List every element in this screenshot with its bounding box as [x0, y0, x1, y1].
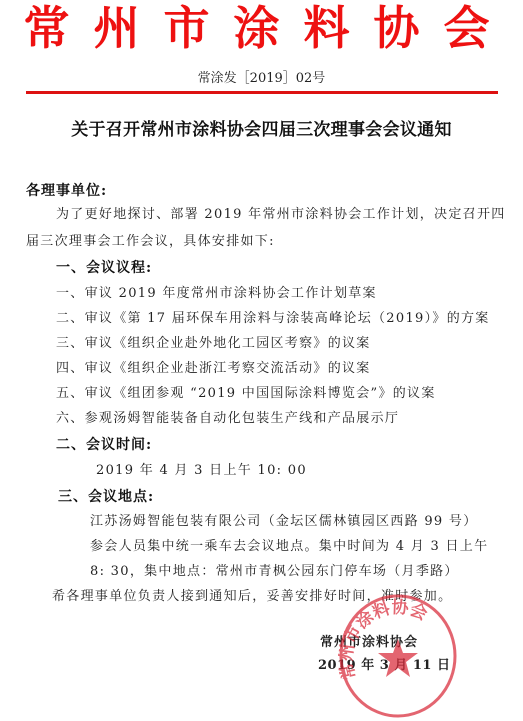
document-number: 常涂发［2019］02号	[0, 70, 523, 88]
agenda-item: 六、参观汤姆智能装备自动化包装生产线和产品展示厅	[56, 410, 399, 428]
agenda-item: 二、审议《第 17 届环保车用涂料与涂装高峰论坛（2019）》的方案	[56, 310, 490, 328]
org-letterhead-title: 常州市涂料协会	[0, 0, 523, 58]
agenda-heading: 一、会议议程:	[56, 258, 152, 278]
meeting-place-line: 江苏汤姆智能包装有限公司（金坛区儒林镇园区西路 99 号）	[90, 513, 478, 531]
meeting-time: 2019 年 4 月 3 日上午 10: 00	[96, 462, 307, 480]
notice-title: 关于召开常州市涂料协会四届三次理事会会议通知	[0, 118, 523, 142]
time-heading: 二、会议时间:	[56, 435, 152, 455]
salutation: 各理事单位:	[26, 181, 107, 201]
agenda-item: 一、审议 2019 年度常州市涂料协会工作计划草案	[56, 285, 377, 303]
place-heading: 三、会议地点:	[58, 487, 154, 507]
agenda-item: 四、审议《组织企业赴浙江考察交流活动》的议案	[56, 360, 371, 378]
closing-remark: 希各理事单位负责人接到通知后，妥善安排好时间，准时参加。	[52, 588, 452, 606]
meeting-place-line: 8: 30，集中地点：常州市青枫公园东门停车场（月季路）	[90, 563, 459, 581]
intro-paragraph-line-1: 为了更好地探讨、部署 2019 年常州市涂料协会工作计划，决定召开四	[56, 206, 506, 224]
signature-date: 2019 年 3 月 11 日	[318, 657, 450, 675]
agenda-item: 三、审议《组织企业赴外地化工园区考察》的议案	[56, 335, 371, 353]
meeting-place-line: 参会人员集中统一乘车去会议地点。集中时间为 4 月 3 日上午	[90, 538, 488, 556]
intro-paragraph-line-2: 届三次理事会工作会议，具体安排如下:	[26, 233, 275, 251]
agenda-item: 五、审议《组团参观 “2019 中国国际涂料博览会”》的议案	[56, 385, 436, 403]
signature-org: 常州市涂料协会	[320, 634, 418, 652]
official-seal-icon: 常州市涂料协会	[338, 593, 458, 719]
letterhead-divider	[26, 91, 498, 94]
